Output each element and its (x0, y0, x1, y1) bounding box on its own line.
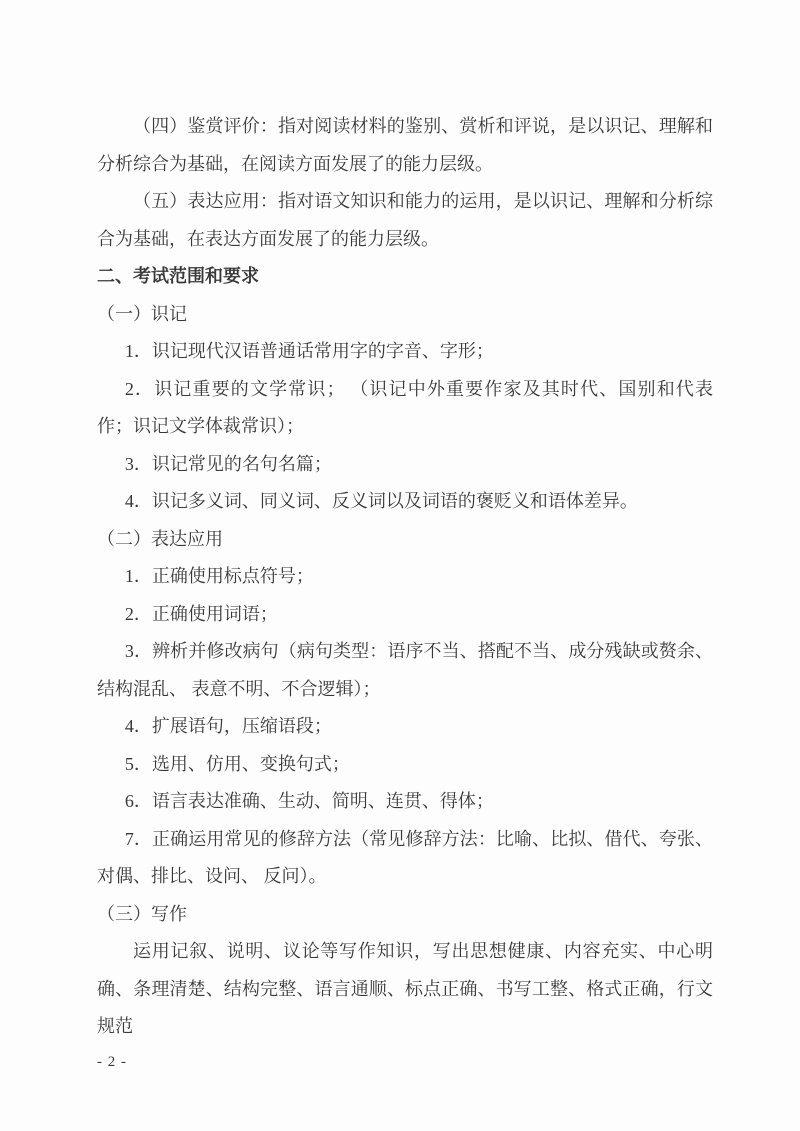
list-item-expression-6: 6．语言表达准确、生动、简明、连贯、得体； (97, 783, 713, 821)
list-item-expression-4: 4．扩展语句，压缩语段； (97, 708, 713, 746)
list-item-memorization-4: 4．识记多义词、同义词、反义词以及词语的褒贬义和语体差异。 (97, 483, 713, 521)
document-page: （四）鉴赏评价：指对阅读材料的鉴别、赏析和评说，是以识记、理解和分析综合为基础，… (0, 0, 800, 1131)
subheading-writing: （三）写作 (97, 896, 713, 934)
paragraph-expression-application-def: （五）表达应用：指对语文知识和能力的运用，是以识记、理解和分析综合为基础，在表达… (97, 183, 713, 258)
section-heading-exam-scope: 二、考试范围和要求 (97, 258, 713, 296)
list-item-expression-7: 7．正确运用常见的修辞方法（常见修辞方法：比喻、比拟、借代、夸张、对偶、排比、设… (97, 821, 713, 896)
list-item-memorization-2: 2．识记重要的文学常识； （识记中外重要作家及其时代、国别和代表作；识记文学体裁… (97, 371, 713, 446)
subheading-memorization: （一）识记 (97, 296, 713, 334)
list-item-expression-2: 2．正确使用词语； (97, 596, 713, 634)
paragraph-appreciation-evaluation: （四）鉴赏评价：指对阅读材料的鉴别、赏析和评说，是以识记、理解和分析综合为基础，… (97, 108, 713, 183)
list-item-memorization-3: 3．识记常见的名句名篇； (97, 446, 713, 484)
list-item-expression-1: 1．正确使用标点符号； (97, 558, 713, 596)
list-item-expression-5: 5．选用、仿用、变换句式； (97, 746, 713, 784)
list-item-memorization-1: 1．识记现代汉语普通话常用字的字音、字形； (97, 333, 713, 371)
subheading-expression-application: （二）表达应用 (97, 521, 713, 559)
document-body: （四）鉴赏评价：指对阅读材料的鉴别、赏析和评说，是以识记、理解和分析综合为基础，… (97, 108, 713, 1072)
page-number: - 2 - (97, 1052, 713, 1072)
paragraph-writing-requirements: 运用记叙、说明、议论等写作知识，写出思想健康、内容充实、中心明确、条理清楚、结构… (97, 933, 713, 1046)
list-item-expression-3: 3．辨析并修改病句（病句类型：语序不当、搭配不当、成分残缺或赘余、结构混乱、 表… (97, 633, 713, 708)
